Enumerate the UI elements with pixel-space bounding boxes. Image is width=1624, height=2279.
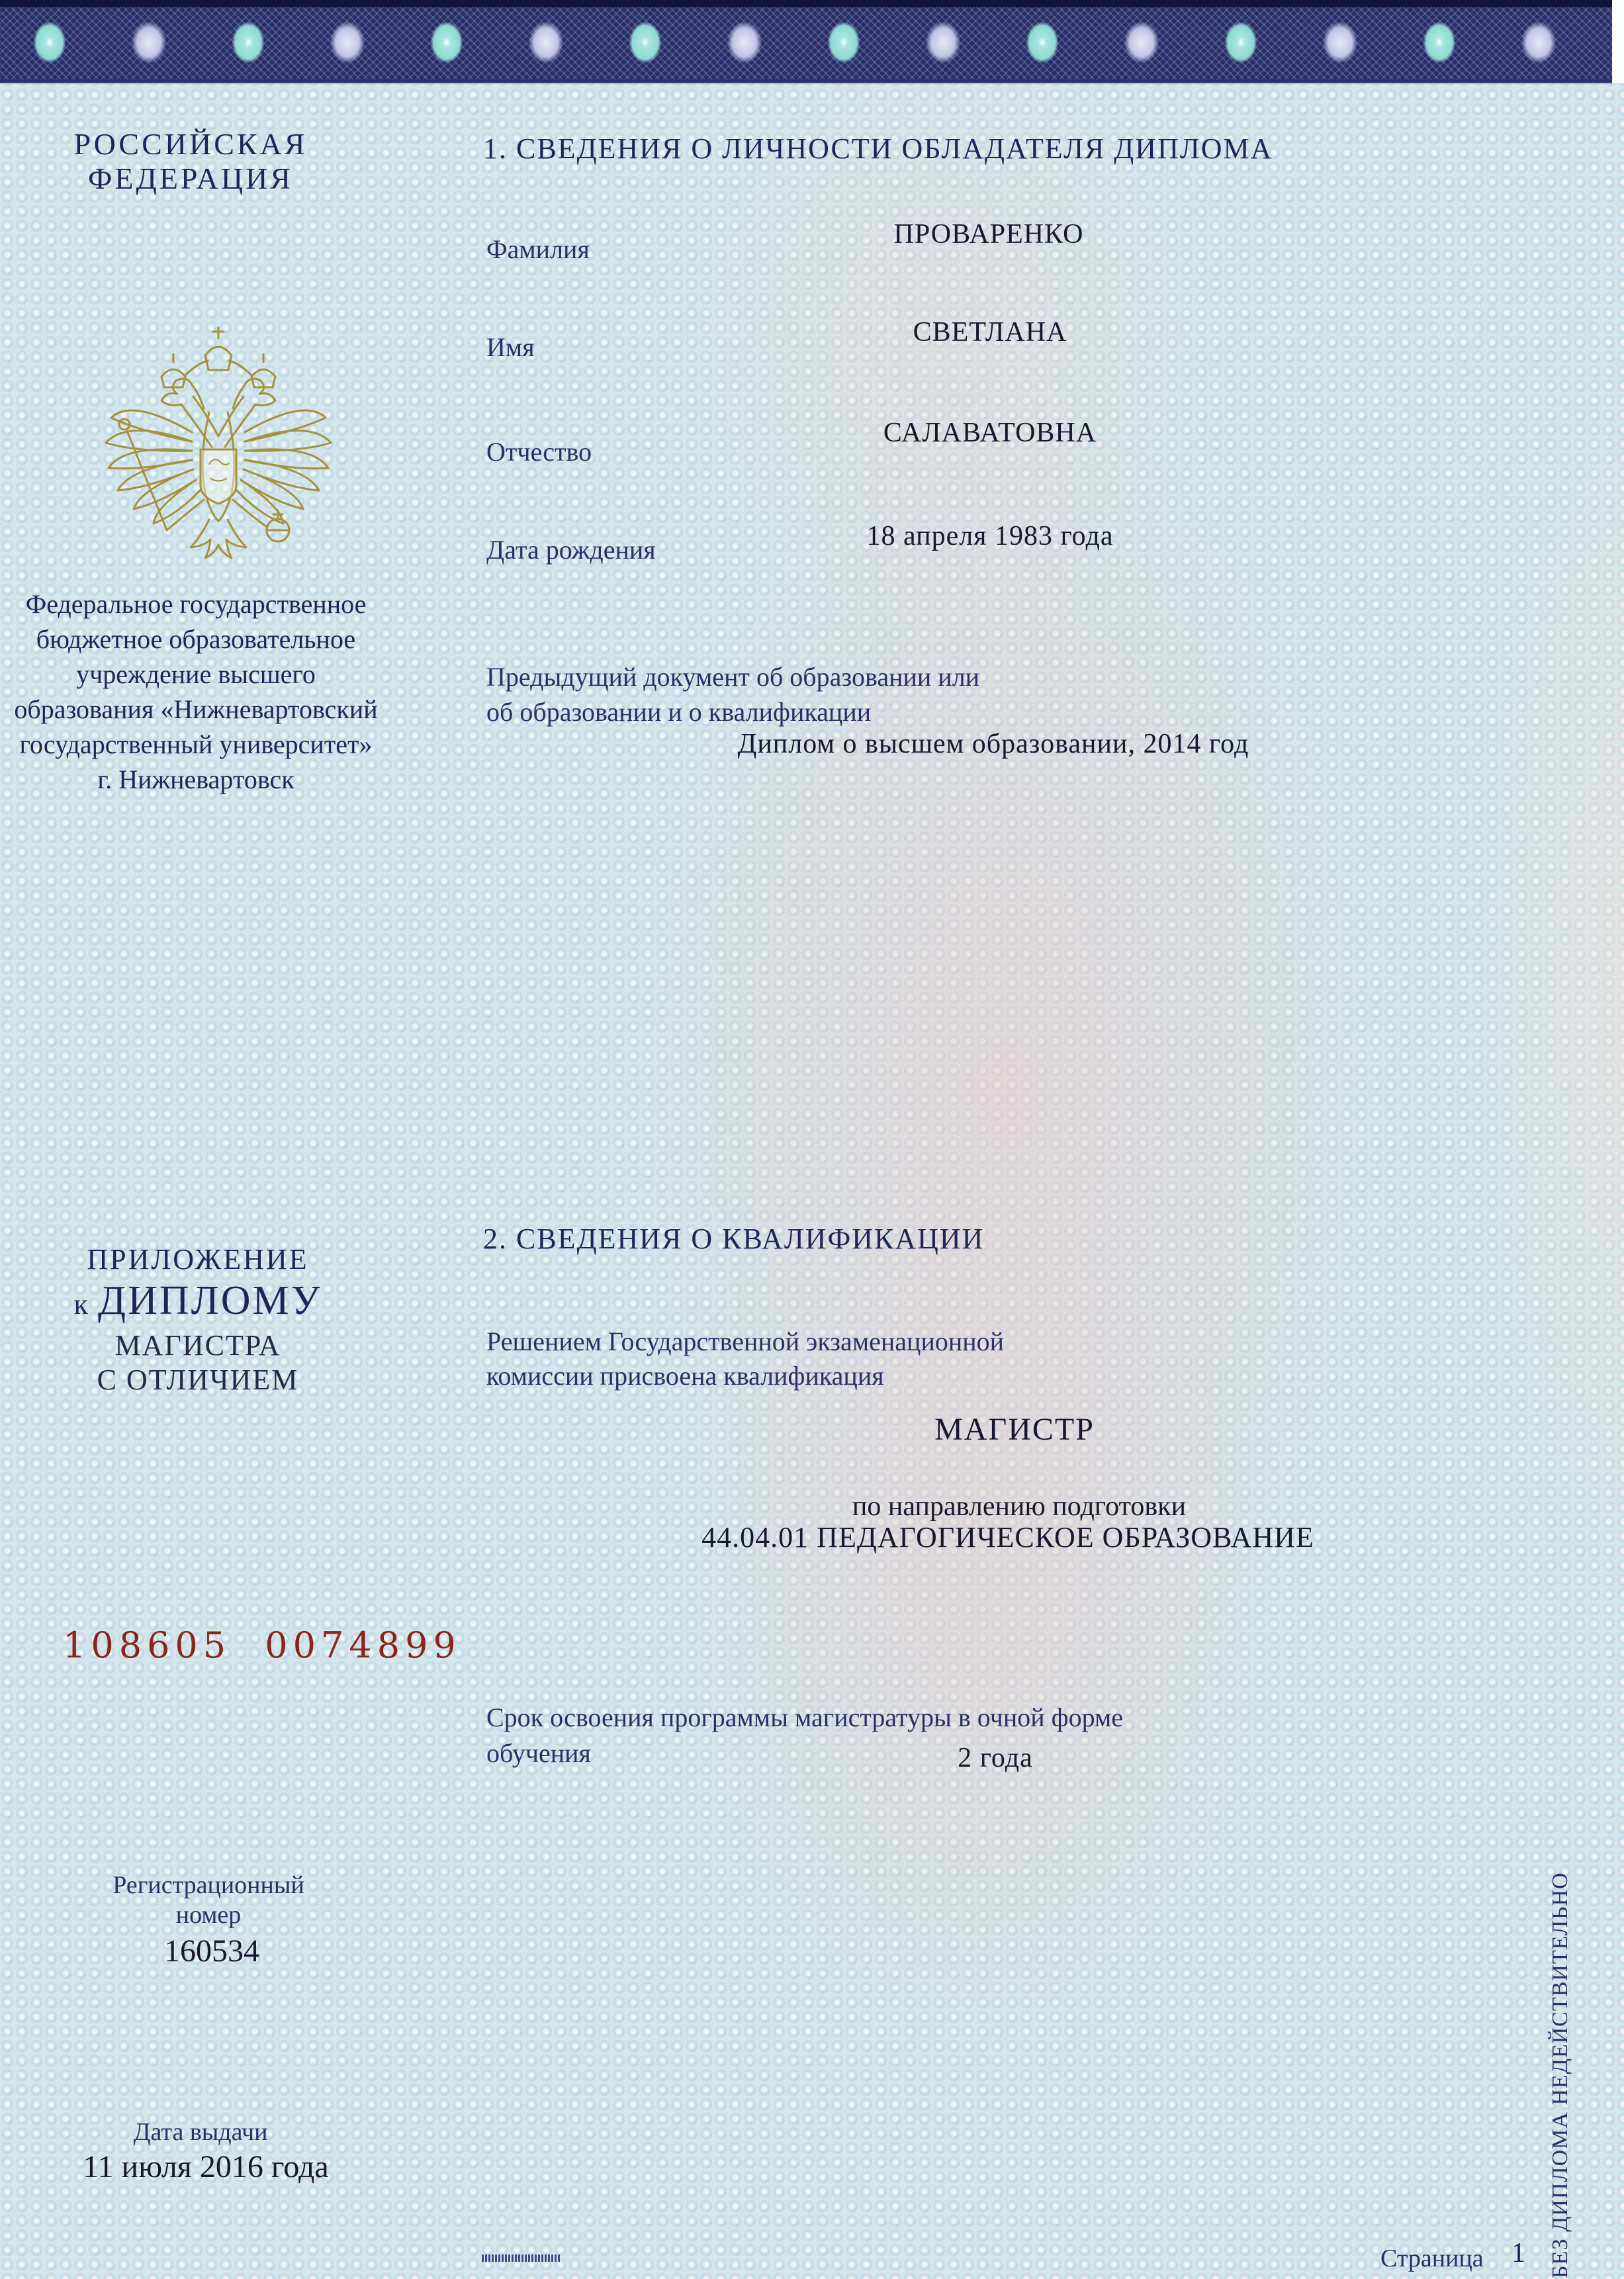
registration-label-line2: номер (76, 1900, 341, 1930)
supplement-diploma-word: ДИПЛОМУ (98, 1278, 322, 1323)
page-corner-margin (1612, 0, 1624, 83)
diploma-supplement-page: РОССИЙСКАЯ ФЕДЕРАЦИЯ (0, 0, 1624, 2279)
birthdate-label: Дата рождения (486, 535, 656, 565)
institution-line: бюджетное образовательное (0, 622, 392, 657)
serial-number: 108605 0074899 (63, 1625, 461, 1666)
validity-watermark: БЕЗ ДИПЛОМА НЕДЕЙСТВИТЕЛЬНО (1547, 1881, 1580, 2278)
duration-value: 2 года (731, 1742, 1260, 1774)
program-label: по направлению подготовки (754, 1491, 1284, 1522)
supplement-title-line2: к ДИПЛОМУ (62, 1278, 334, 1325)
surname-value: ПРОВАРЕНКО (724, 218, 1253, 250)
firstname-value: СВЕТЛАНА (725, 316, 1255, 348)
country-line-2: ФЕДЕРАЦИЯ (58, 162, 323, 196)
previous-document-label-line1: Предыдущий документ об образовании или (486, 662, 979, 692)
country-line-1: РОССИЙСКАЯ (58, 127, 323, 162)
previous-document-value: Диплом о высшем образовании, 2014 год (725, 728, 1261, 760)
duration-label-line1: Срок освоения программы магистратуры в о… (486, 1702, 1123, 1733)
qualification-value: МАГИСТР (750, 1411, 1279, 1448)
institution-line: г. Нижневартовск (0, 762, 392, 797)
surname-label: Фамилия (486, 234, 590, 265)
section2-title: 2. СВЕДЕНИЯ О КВАЛИФИКАЦИИ (483, 1223, 984, 1256)
page-number: 1 (1511, 2237, 1525, 2269)
supplement-title-line1: ПРИЛОЖЕНИЕ (62, 1243, 334, 1277)
registration-label-line1: Регистрационный (76, 1871, 341, 1900)
registration-number-value: 160534 (79, 1933, 344, 1969)
firstname-label: Имя (486, 332, 535, 363)
institution-line: учреждение высшего (0, 657, 392, 692)
section1-title: 1. СВЕДЕНИЯ О ЛИЧНОСТИ ОБЛАДАТЕЛЯ ДИПЛОМ… (483, 132, 1273, 166)
decision-text-line2: комиссии присвоена квалификация (486, 1361, 884, 1391)
program-value: 44.04.01 ПЕДАГОГИЧЕСКОЕ ОБРАЗОВАНИЕ (690, 1521, 1326, 1555)
guilloche-security-border (0, 0, 1612, 83)
birthdate-value: 18 апреля 1983 года (725, 520, 1255, 552)
supplement-title-line3: МАГИСТРА (62, 1329, 334, 1363)
institution-name: Федеральное государственное бюджетное об… (0, 586, 392, 797)
institution-line: государственный университет» (0, 727, 392, 762)
issue-date-label: Дата выдачи (68, 2118, 333, 2147)
institution-line: образования «Нижневартовский (0, 692, 392, 727)
duration-label-line2: обучения (486, 1738, 591, 1769)
patronymic-value: САЛАВАТОВНА (725, 417, 1255, 449)
supplement-title-line4: С ОТЛИЧИЕМ (62, 1364, 334, 1397)
page-label: Страница (1380, 2245, 1484, 2274)
supplement-k-prefix: к (73, 1288, 97, 1321)
issue-date-value: 11 июля 2016 года (73, 2149, 338, 2185)
registration-number-label: Регистрационный номер (76, 1871, 341, 1930)
patronymic-label: Отчество (486, 437, 592, 467)
institution-line: Федеральное государственное (0, 586, 392, 622)
country-title: РОССИЙСКАЯ ФЕДЕРАЦИЯ (58, 127, 323, 195)
previous-document-label-line2: об образовании и о квалификации (486, 697, 871, 727)
russian-coat-of-arms-icon (93, 320, 344, 571)
decision-text-line1: Решением Государственной экзаменационной (486, 1326, 1004, 1357)
microprint-line (482, 2255, 560, 2262)
